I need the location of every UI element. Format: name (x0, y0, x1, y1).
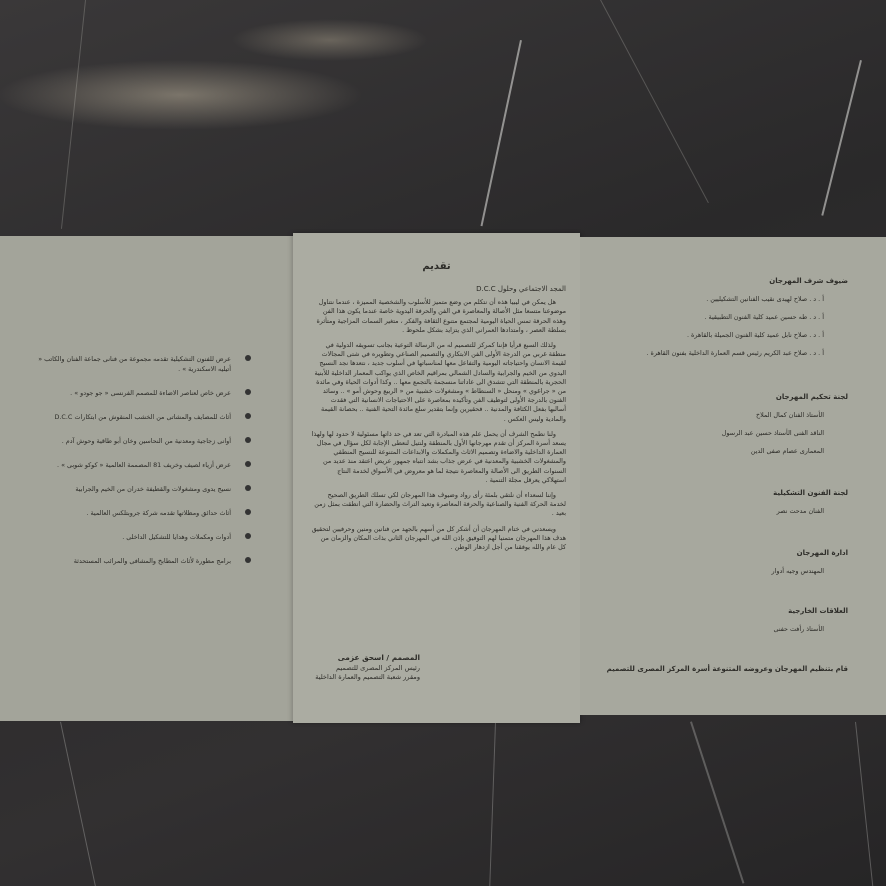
middle-panel: تقديم المجد الاجتماعي وحلول D.C.C هل يمك… (293, 233, 580, 723)
list-item: المعمارى عصام صفى الدين (722, 447, 824, 455)
organizer-footer: قام بتنظيم المهرجان وعروضه المتنوعة أسرة… (600, 665, 848, 673)
section-fine-arts: لجنة الفنون التشكيلية الفنان مدحت نصر (773, 489, 848, 525)
section-jury: لجنة تحكيم المهرجان الأستاذ الفنان كمال … (722, 393, 848, 465)
paragraph: ولنا نطمح الشرف أن يحمل علم هذه المبادرة… (311, 430, 566, 485)
bullet-icon (245, 437, 251, 443)
bullet-icon (245, 461, 251, 467)
left-panel: عرض للفنون التشكيلية تقدمه مجموعة من فنا… (0, 236, 293, 721)
bullet-icon (245, 509, 251, 515)
list-item: أوانى زجاجية ومعدنية من النحاسين وخان أب… (28, 436, 245, 446)
list-item: الفنان مدحت نصر (773, 507, 824, 515)
signature-block: المصمم / اسحق عزمى رئيس المركز المصرى لل… (310, 653, 420, 682)
paragraph: هل يمكن في ليبيا هذه أن نتكلم من وضع متم… (311, 298, 566, 335)
bullet-icon (245, 557, 251, 563)
bullet-icon (245, 413, 251, 419)
paragraph: ويسعدني في ختام المهرجان أن أشكر كل من أ… (311, 525, 566, 553)
list-item: أدوات ومكملات وهدايا للتشكيل الداخلى . (28, 532, 245, 542)
introduction-text: المجد الاجتماعي وحلول D.C.C هل يمكن في ل… (311, 285, 566, 558)
list-item: أ . د . صلاح عبد الكريم رئيس قسم العمارة… (646, 349, 824, 357)
list-item: أ . د . طه حسين عميد كلية الفنون التطبيق… (646, 313, 824, 321)
section-management: ادارة المهرجان المهندس وجيه أدوار (772, 549, 848, 585)
section-guests: ضيوف شرف المهرجان أ . د . صلاح لهيدى نقي… (646, 277, 848, 367)
right-panel: ضيوف شرف المهرجان أ . د . صلاح لهيدى نقي… (580, 237, 886, 715)
bullet-icon (245, 355, 251, 361)
section-heading: لجنة الفنون التشكيلية (773, 489, 848, 497)
section-heading: ضيوف شرف المهرجان (646, 277, 848, 285)
list-item: عرض للفنون التشكيلية تقدمه مجموعة من فنا… (28, 354, 245, 374)
list-item: المهندس وجيه أدوار (772, 567, 824, 575)
bullet-icon (245, 533, 251, 539)
section-external-relations: العلاقات الخارجية الأستاذ رأفت حفنى (774, 607, 848, 643)
paragraph: وإننا لسعداء أن نلتقي بلمئة رأى رواد وضي… (311, 491, 566, 519)
brochure: عرض للفنون التشكيلية تقدمه مجموعة من فنا… (0, 233, 886, 721)
paragraph: ولذلك السبع قرأيا فإننا كمركز للتصميم له… (311, 341, 566, 424)
section-heading: المجد الاجتماعي وحلول D.C.C (311, 285, 566, 294)
program-list: عرض للفنون التشكيلية تقدمه مجموعة من فنا… (28, 354, 245, 580)
bullet-icon (245, 485, 251, 491)
signature-title: رئيس المركز المصرى للتصميم (310, 664, 420, 673)
section-heading: لجنة تحكيم المهرجان (722, 393, 848, 401)
signature-name: المصمم / اسحق عزمى (310, 653, 420, 662)
list-item: الناقد الفنى الأستاذ حسين عبد الرسول (722, 429, 824, 437)
bullet-icon (245, 389, 251, 395)
list-item: أثاث حدائق ومظلاتها تقدمه شركة جروبتلكس … (28, 508, 245, 518)
list-item: أ . د . صلاح لهيدى نقيب الفنانين التشكيل… (646, 295, 824, 303)
list-item: الأستاذ الفنان كمال الملاخ (722, 411, 824, 419)
list-item: أثاث للمصايف والمشاتى من الخشب المنقوش م… (28, 412, 245, 422)
page-title: تقديم (293, 261, 580, 272)
list-item: عرض خاص لعناصر الاضاءة للمصمم الفرنسى « … (28, 388, 245, 398)
section-heading: ادارة المهرجان (772, 549, 848, 557)
list-item: برامج مطورة لأثاث المطابخ والمشافى والمر… (28, 556, 245, 566)
list-item: نسيج يدوى ومشغولات والقطيفة خدران من الخ… (28, 484, 245, 494)
list-item: أ . د . صلاح نابل عميد كلية الفنون الجمي… (646, 331, 824, 339)
list-item: عرض أزياء لصيف وخريف 81 المصممة العالمية… (28, 460, 245, 470)
signature-title: ومقرر شعبة التصميم والعمارة الداخلية (310, 673, 420, 682)
list-item: الأستاذ رأفت حفنى (774, 625, 824, 633)
section-heading: العلاقات الخارجية (774, 607, 848, 615)
